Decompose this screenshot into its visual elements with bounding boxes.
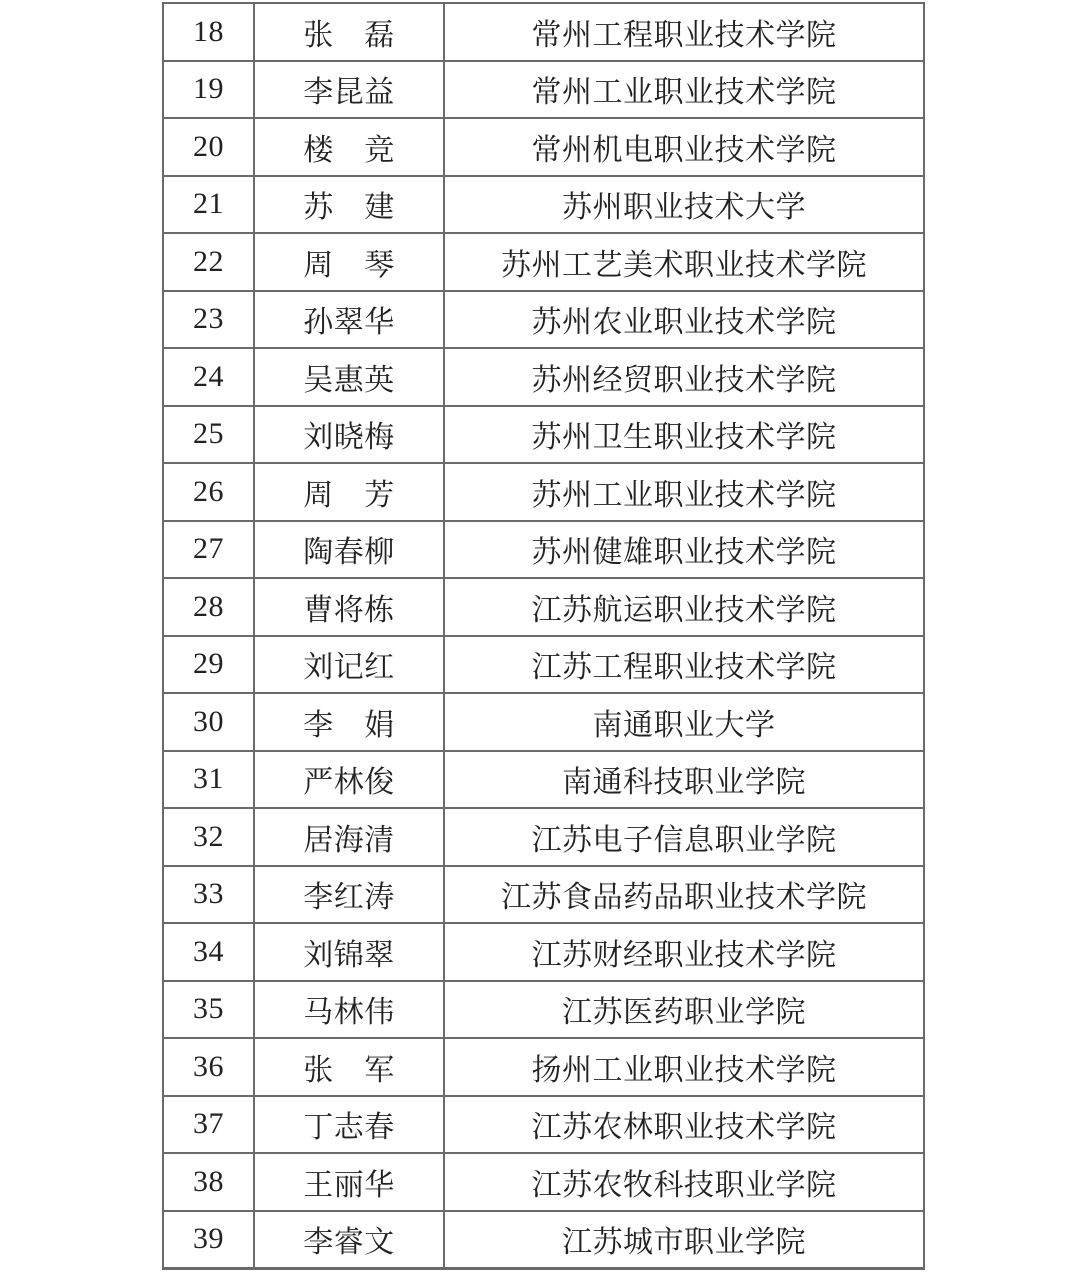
person-name-cell: 刘锦翠 [254, 923, 444, 981]
school-name-cell: 扬州工业职业技术学院 [444, 1038, 924, 1096]
row-number-cell: 33 [163, 866, 254, 924]
school-name-cell: 苏州工艺美术职业技术学院 [444, 233, 924, 291]
school-name-cell: 江苏工程职业技术学院 [444, 636, 924, 694]
school-name-cell: 江苏电子信息职业学院 [444, 808, 924, 866]
school-name-cell: 江苏航运职业技术学院 [444, 578, 924, 636]
person-name-cell: 周 芳 [254, 463, 444, 521]
table-row: 31 严林俊 南通科技职业学院 [163, 751, 924, 809]
row-number-cell: 23 [163, 291, 254, 349]
row-number-cell: 24 [163, 348, 254, 406]
person-name-cell: 王丽华 [254, 1153, 444, 1211]
person-name-cell: 居海清 [254, 808, 444, 866]
school-name-cell: 江苏医药职业学院 [444, 981, 924, 1039]
school-name-cell: 江苏农林职业技术学院 [444, 1096, 924, 1154]
table-row: 22 周 琴 苏州工艺美术职业技术学院 [163, 233, 924, 291]
table-row: 32 居海清 江苏电子信息职业学院 [163, 808, 924, 866]
school-name-cell: 苏州农业职业技术学院 [444, 291, 924, 349]
document-page: 18 张 磊 常州工程职业技术学院 19 李昆益 常州工业职业技术学院 20 楼… [0, 0, 1080, 1272]
row-number-cell: 21 [163, 176, 254, 234]
person-name-cell: 李红涛 [254, 866, 444, 924]
school-name-cell: 南通职业大学 [444, 693, 924, 751]
person-name-cell: 陶春柳 [254, 521, 444, 579]
row-number-cell: 32 [163, 808, 254, 866]
person-name-cell: 李睿文 [254, 1211, 444, 1269]
person-name-cell: 马林伟 [254, 981, 444, 1039]
school-name-cell: 常州工业职业技术学院 [444, 61, 924, 119]
table-row: 20 楼 竞 常州机电职业技术学院 [163, 118, 924, 176]
person-name-cell: 楼 竞 [254, 118, 444, 176]
row-number-cell: 31 [163, 751, 254, 809]
person-name-cell: 李昆益 [254, 61, 444, 119]
school-name-cell: 苏州职业技术大学 [444, 176, 924, 234]
table-row: 26 周 芳 苏州工业职业技术学院 [163, 463, 924, 521]
table-row: 23 孙翠华 苏州农业职业技术学院 [163, 291, 924, 349]
school-name-cell: 江苏农牧科技职业学院 [444, 1153, 924, 1211]
person-name-cell: 刘记红 [254, 636, 444, 694]
row-number-cell: 26 [163, 463, 254, 521]
person-name-cell: 曹将栋 [254, 578, 444, 636]
school-name-cell: 常州机电职业技术学院 [444, 118, 924, 176]
table-row: 28 曹将栋 江苏航运职业技术学院 [163, 578, 924, 636]
row-number-cell: 34 [163, 923, 254, 981]
table-row: 24 吴惠英 苏州经贸职业技术学院 [163, 348, 924, 406]
school-name-cell: 江苏食品药品职业技术学院 [444, 866, 924, 924]
row-number-cell: 39 [163, 1211, 254, 1269]
table-row: 36 张 军 扬州工业职业技术学院 [163, 1038, 924, 1096]
person-name-cell: 张 军 [254, 1038, 444, 1096]
row-number-cell: 29 [163, 636, 254, 694]
person-name-cell: 严林俊 [254, 751, 444, 809]
table-row: 39 李睿文 江苏城市职业学院 [163, 1211, 924, 1269]
school-name-cell: 苏州健雄职业技术学院 [444, 521, 924, 579]
table-row: 18 张 磊 常州工程职业技术学院 [163, 3, 924, 61]
table-row: 27 陶春柳 苏州健雄职业技术学院 [163, 521, 924, 579]
table-row: 19 李昆益 常州工业职业技术学院 [163, 61, 924, 119]
row-number-cell: 22 [163, 233, 254, 291]
table-row: 25 刘晓梅 苏州卫生职业技术学院 [163, 406, 924, 464]
row-number-cell: 30 [163, 693, 254, 751]
school-name-cell: 南通科技职业学院 [444, 751, 924, 809]
school-name-cell: 江苏城市职业学院 [444, 1211, 924, 1269]
person-name-cell: 吴惠英 [254, 348, 444, 406]
row-number-cell: 28 [163, 578, 254, 636]
table-row: 38 王丽华 江苏农牧科技职业学院 [163, 1153, 924, 1211]
person-name-cell: 孙翠华 [254, 291, 444, 349]
row-number-cell: 25 [163, 406, 254, 464]
person-name-cell: 刘晓梅 [254, 406, 444, 464]
school-name-cell: 苏州工业职业技术学院 [444, 463, 924, 521]
roster-table: 18 张 磊 常州工程职业技术学院 19 李昆益 常州工业职业技术学院 20 楼… [162, 2, 925, 1270]
person-name-cell: 李 娟 [254, 693, 444, 751]
school-name-cell: 江苏财经职业技术学院 [444, 923, 924, 981]
row-number-cell: 38 [163, 1153, 254, 1211]
row-number-cell: 27 [163, 521, 254, 579]
person-name-cell: 张 磊 [254, 3, 444, 61]
table-row: 37 丁志春 江苏农林职业技术学院 [163, 1096, 924, 1154]
row-number-cell: 18 [163, 3, 254, 61]
row-number-cell: 35 [163, 981, 254, 1039]
row-number-cell: 37 [163, 1096, 254, 1154]
school-name-cell: 常州工程职业技术学院 [444, 3, 924, 61]
table-row: 29 刘记红 江苏工程职业技术学院 [163, 636, 924, 694]
table-row: 33 李红涛 江苏食品药品职业技术学院 [163, 866, 924, 924]
person-name-cell: 丁志春 [254, 1096, 444, 1154]
table-row: 34 刘锦翠 江苏财经职业技术学院 [163, 923, 924, 981]
table-row: 35 马林伟 江苏医药职业学院 [163, 981, 924, 1039]
table-row: 30 李 娟 南通职业大学 [163, 693, 924, 751]
school-name-cell: 苏州经贸职业技术学院 [444, 348, 924, 406]
row-number-cell: 20 [163, 118, 254, 176]
person-name-cell: 周 琴 [254, 233, 444, 291]
table-row: 21 苏 建 苏州职业技术大学 [163, 176, 924, 234]
school-name-cell: 苏州卫生职业技术学院 [444, 406, 924, 464]
person-name-cell: 苏 建 [254, 176, 444, 234]
row-number-cell: 19 [163, 61, 254, 119]
row-number-cell: 36 [163, 1038, 254, 1096]
